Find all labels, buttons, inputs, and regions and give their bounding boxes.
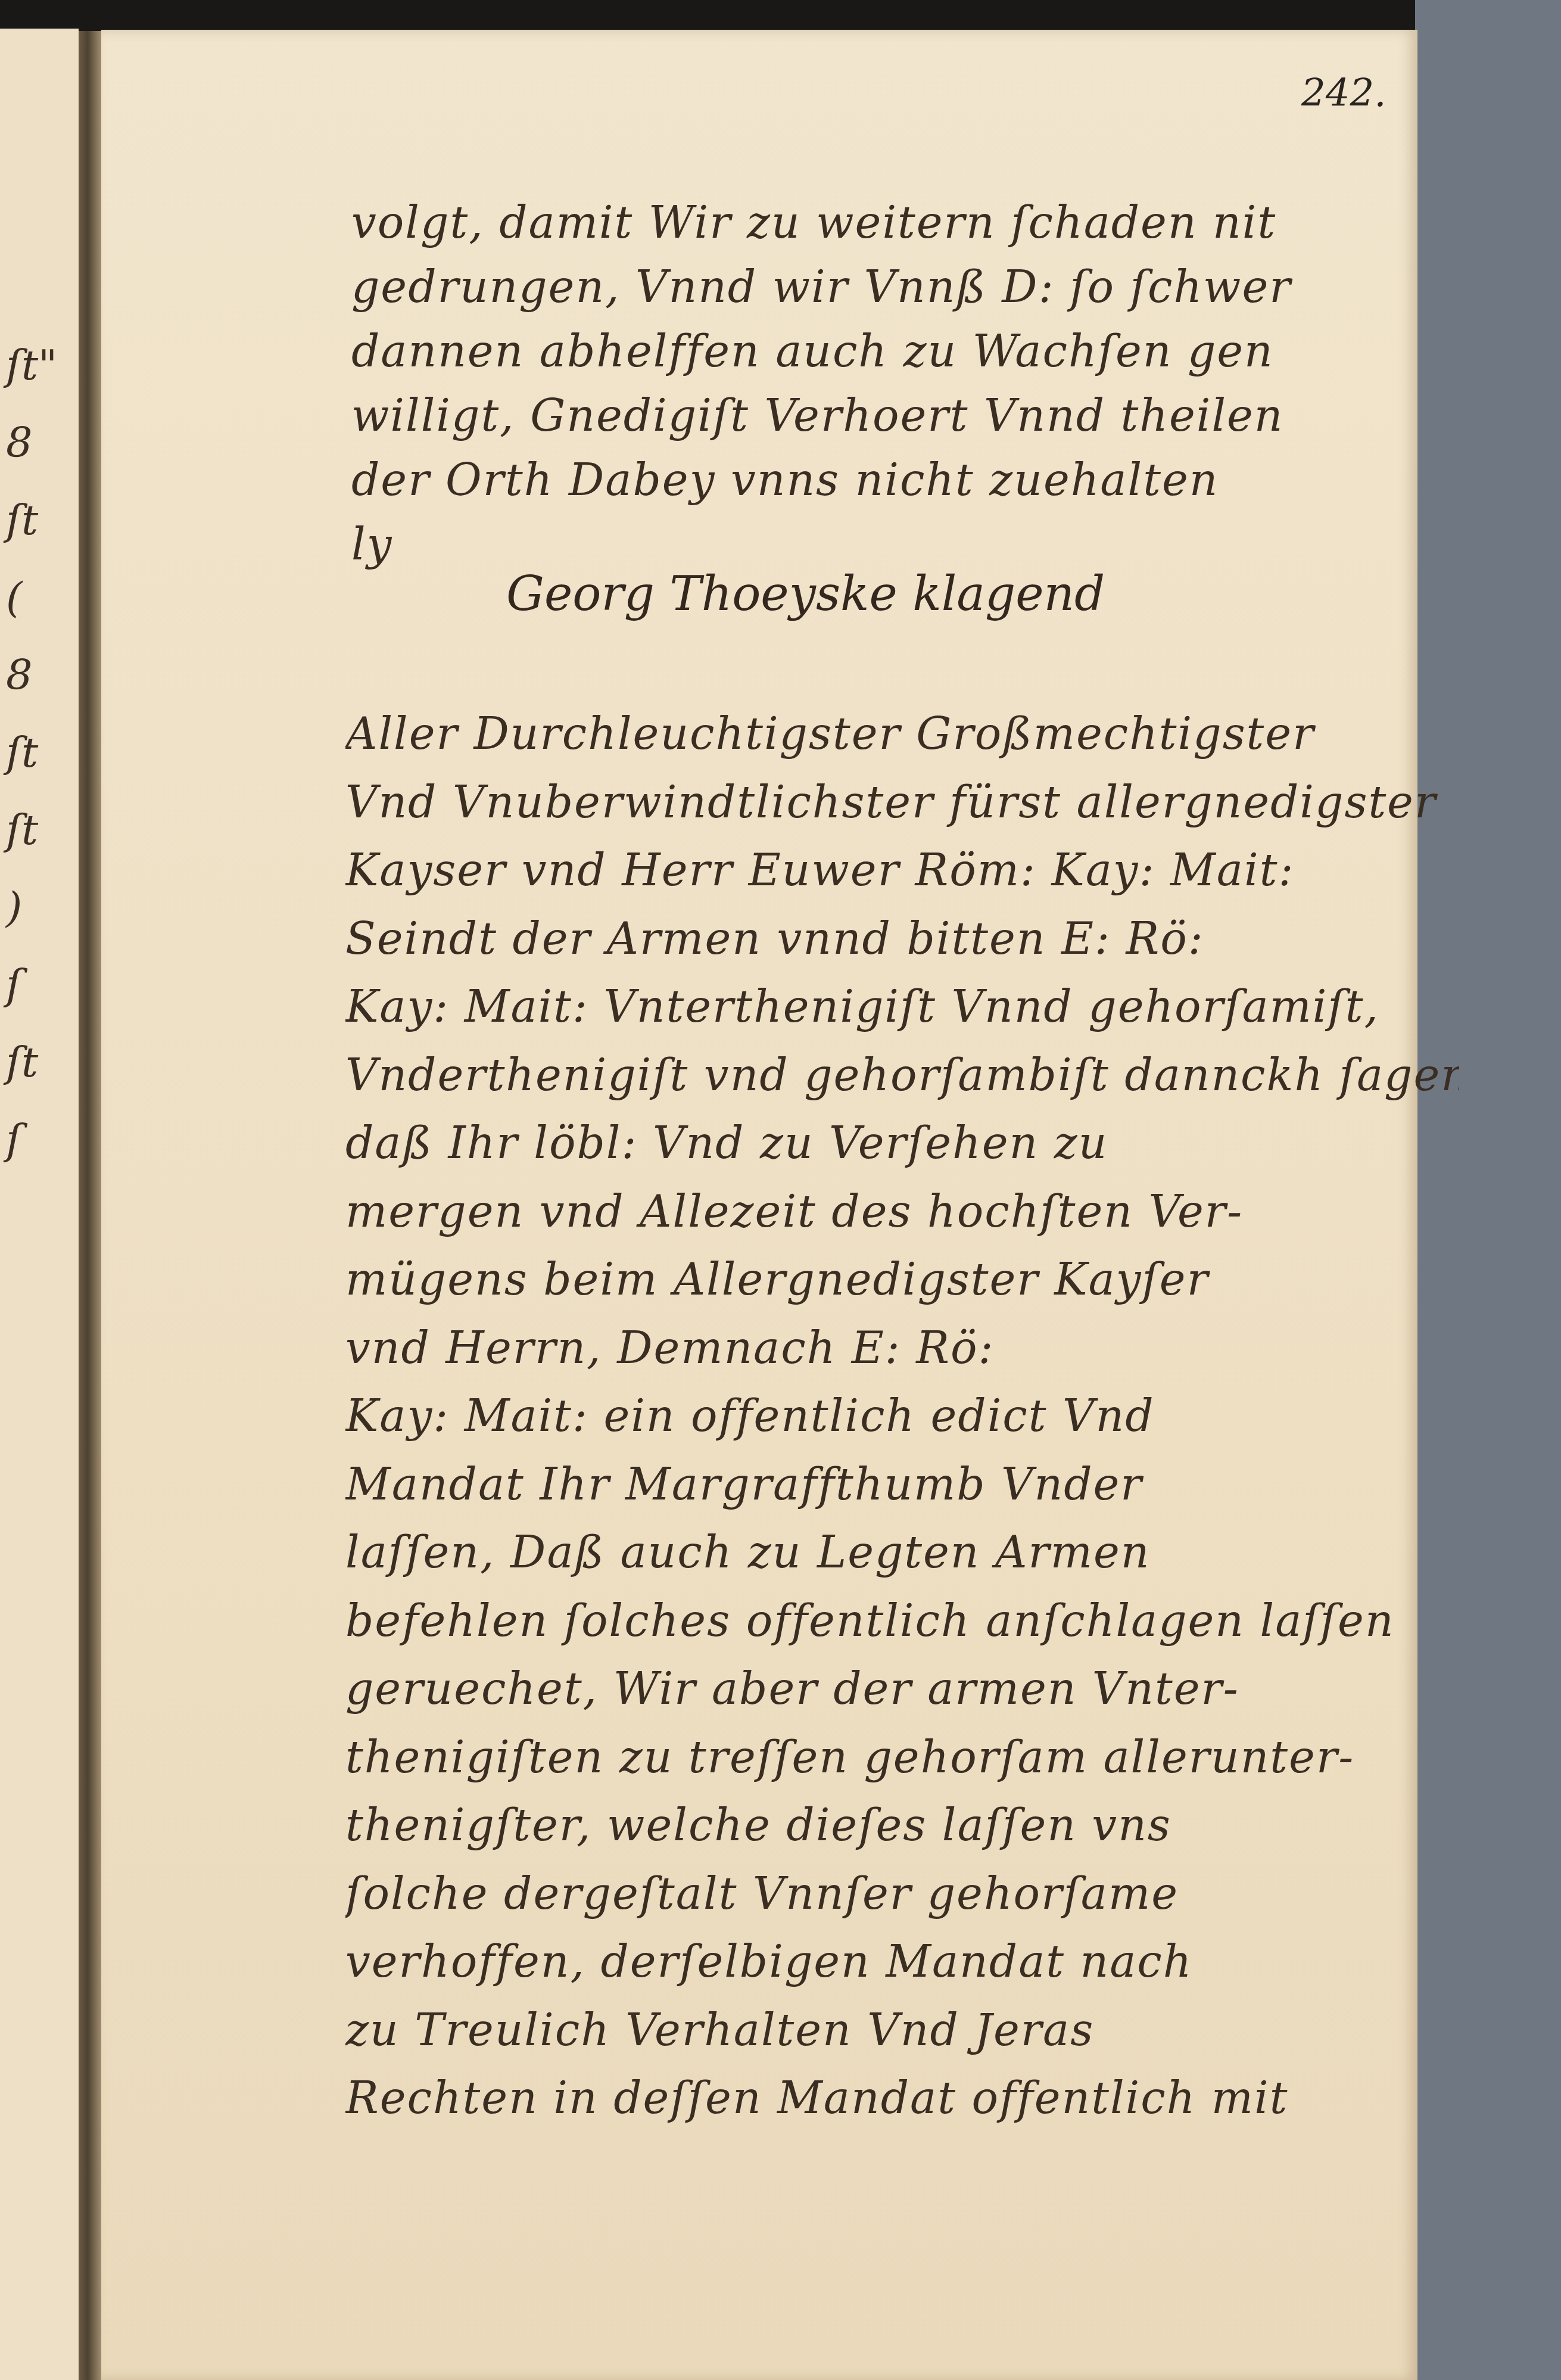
text-line: ſolche dergeſtalt Vnnſer gehorſame [345, 1860, 1459, 1928]
left-page-edge: ſt" 8 ſt ( 8 ſt ſt ) ſ ſt ſ [0, 29, 79, 2380]
text-line: daß Ihr löbl: Vnd zu Verſehen zu [345, 1109, 1459, 1178]
left-page-margin-fragments: ſt" 8 ſt ( 8 ſt ſt ) ſ ſt ſ [0, 326, 77, 1178]
margin-fragment: ſt [0, 481, 77, 559]
text-line: laſſen, Daß auch zu Legten Armen [345, 1519, 1459, 1587]
margin-fragment: ſt [0, 1023, 77, 1101]
text-line: gedrungen, Vnnd wir Vnnß D: ſo ſchwer [351, 255, 1453, 319]
text-line: volgt, damit Wir zu weitern ſchaden nit [351, 191, 1453, 255]
text-line: dannen abhelffen auch zu Wachſen gen [351, 319, 1453, 384]
text-line: Mandat Ihr Margraffthumb Vnder [345, 1451, 1459, 1519]
margin-fragment: ſ [0, 1101, 77, 1178]
text-line: Kay: Mait: ein offentlich edict Vnd [345, 1382, 1459, 1451]
margin-fragment: 8 [0, 636, 77, 714]
text-line: Vnderthenigiſt vnd gehorſambiſt dannckh … [345, 1041, 1459, 1110]
text-line: Seindt der Armen vnnd bitten E: Rö: [345, 905, 1459, 973]
margin-fragment: ſt [0, 791, 77, 869]
text-line: zu Treulich Verhalten Vnd Jeras [345, 1996, 1459, 2065]
text-line: mügens beim Allergnedigster Kayſer [345, 1246, 1459, 1314]
text-line: Vnd Vnuberwindtlichster fürst allergnedi… [345, 769, 1459, 837]
margin-fragment: ) [0, 869, 77, 946]
margin-fragment: ſt [0, 714, 77, 791]
text-line: willigt, Gnedigiſt Verhoert Vnnd theilen [351, 384, 1453, 448]
text-line: vnd Herrn, Demnach E: Rö: [345, 1314, 1459, 1383]
book-gutter [79, 31, 101, 2380]
section-heading: Georg Thoeyske klagend [506, 566, 1105, 621]
text-line: Aller Durchleuchtigster Großmechtigster [345, 700, 1459, 769]
text-line: thenigiſten zu treſſen gehorſam allerunt… [345, 1723, 1459, 1792]
top-paragraph: volgt, damit Wir zu weitern ſchaden nit … [351, 191, 1453, 577]
text-line: befehlen ſolches offentlich anſchlagen l… [345, 1587, 1459, 1656]
text-line: der Orth Dabey vnns nicht zuehalten [351, 448, 1453, 512]
text-line: mergen vnd Allezeit des hochſten Ver- [345, 1178, 1459, 1246]
text-line: Kayser vnd Herr Euwer Röm: Kay: Mait: [345, 836, 1459, 905]
margin-fragment: ſ [0, 946, 77, 1023]
margin-fragment: ( [0, 559, 77, 636]
margin-fragment: 8 [0, 404, 77, 481]
petition-body: Aller Durchleuchtigster Großmechtigster … [345, 700, 1459, 2133]
margin-fragment: ſt" [0, 326, 77, 404]
text-line: verhoffen, derſelbigen Mandat nach [345, 1928, 1459, 1996]
text-line: Rechten in deſſen Mandat offentlich mit [345, 2064, 1459, 2133]
text-line: geruechet, Wir aber der armen Vnter- [345, 1655, 1459, 1723]
text-line: Kay: Mait: Vnterthenigiſt Vnnd gehorſami… [345, 973, 1459, 1041]
text-line: thenigſter, welche dieſes laſſen vns [345, 1791, 1459, 1860]
folio-number: 242. [1301, 71, 1386, 116]
